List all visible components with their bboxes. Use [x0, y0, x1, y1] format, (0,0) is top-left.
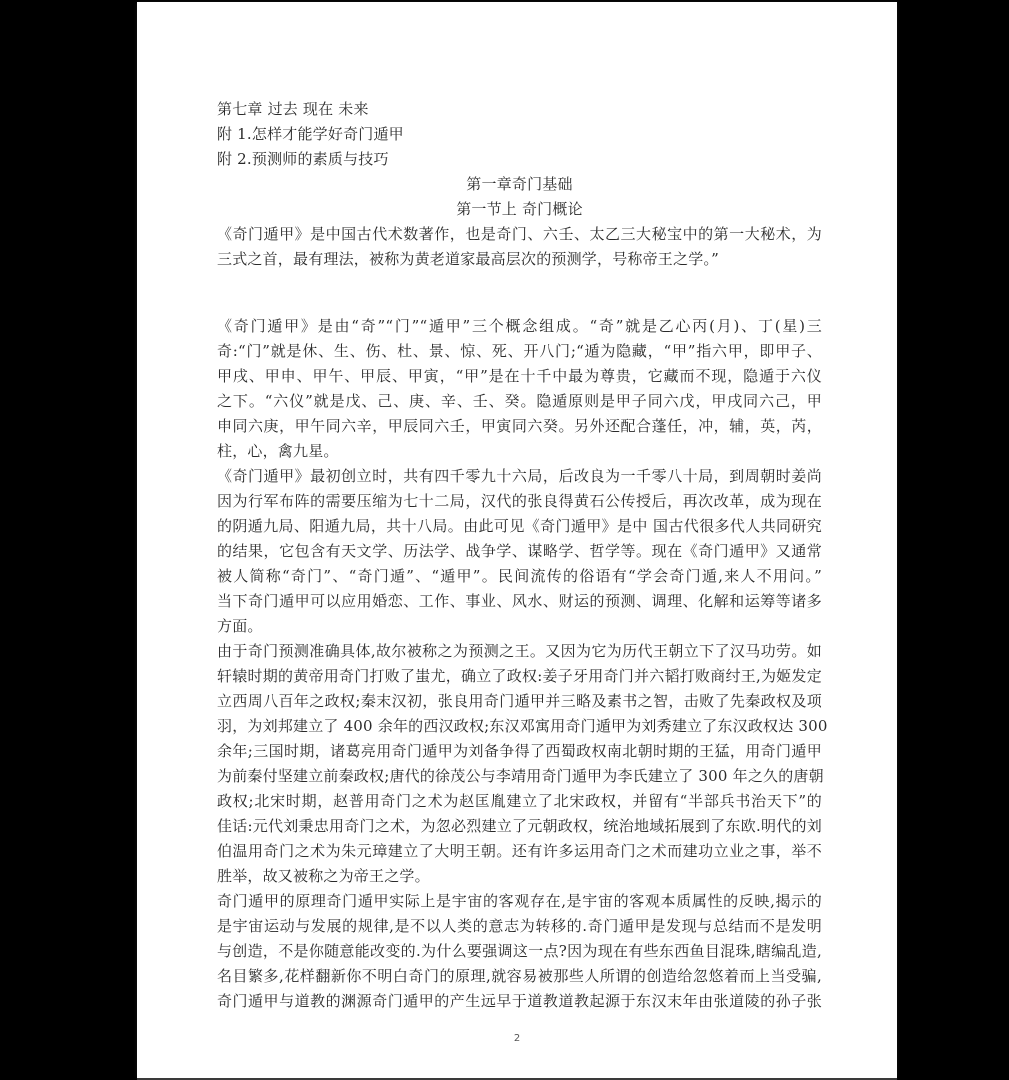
text-line: 《奇门遁甲》最初创立时，共有四千零九十六局，后改良为一千零八十局，到周朝时姜尚: [217, 464, 822, 489]
text-line: 奇门遁甲的原理奇门遁甲实际上是宇宙的客观存在,是宇宙的客观本质属性的反映,揭示的: [217, 889, 822, 914]
section-title: 第一节上 奇门概论: [217, 197, 822, 222]
paragraph-2: 《奇门遁甲》是由“奇”“门”“遁甲”三个概念组成。“奇”就是乙心丙(月)、丁(星…: [217, 314, 822, 464]
text-line: 之下。“六仪”就是戊、己、庚、辛、壬、癸。隐遁原则是甲子同六戊，甲戌同六己，甲: [217, 389, 822, 414]
document-viewer: 第七章 过去 现在 未来 附 1.怎样才能学好奇门遁甲 附 2.预测师的素质与技…: [0, 0, 1009, 1080]
text-line: 立西周八百年之政权;秦末汉初，张良用奇门遁甲并三略及素书之智，击败了先秦政权及项: [217, 689, 822, 714]
paragraph-1: 《奇门遁甲》是中国古代术数著作，也是奇门、六壬、太乙三大秘宝中的第一大秘术，为 …: [217, 222, 822, 272]
text-line: 《奇门遁甲》是由“奇”“门”“遁甲”三个概念组成。“奇”就是乙心丙(月)、丁(星…: [217, 314, 822, 339]
text-line: 伯温用奇门之术为朱元璋建立了大明王朝。还有许多运用奇门之术而建功立业之事，举不: [217, 839, 822, 864]
text-line: 因为行军布阵的需要压缩为七十二局，汉代的张良得黄石公传授后，再次改革，成为现在: [217, 489, 822, 514]
blank-line: [217, 272, 822, 297]
text-line: 当下奇门遁甲可以应用婚恋、工作、事业、风水、财运的预测、调理、化解和运筹等诸多: [217, 589, 822, 614]
text-line: 与创造，不是你随意能改变的.为什么要强调这一点?因为现在有些东西鱼目混珠,瞎编乱…: [217, 939, 822, 964]
text-line: 三式之首，最有理法，被称为黄老道家最高层次的预测学，号称帝王之学。”: [217, 247, 822, 272]
toc-line: 第七章 过去 现在 未来: [217, 97, 822, 122]
text-line: 是宇宙运动与发展的规律,是不以人类的意志为转移的.奇门遁甲是发现与总结而不是发明: [217, 914, 822, 939]
text-line: 甲戌、甲申、甲午、甲辰、甲寅，“甲”是在十千中最为尊贵，它藏而不现，隐遁于六仪: [217, 364, 822, 389]
paragraph-5: 奇门遁甲的原理奇门遁甲实际上是宇宙的客观存在,是宇宙的客观本质属性的反映,揭示的…: [217, 889, 822, 1014]
paragraph-4: 由于奇门预测准确具体,故尔被称之为预测之王。又因为它为历代王朝立下了汉马功劳。如…: [217, 639, 822, 889]
text-line: 申同六庚，甲午同六辛，甲辰同六壬，甲寅同六癸。另外还配合蓬任，冲，辅，英，芮，: [217, 414, 822, 439]
text-line: 柱，心，禽九星。: [217, 439, 822, 464]
paragraph-3: 《奇门遁甲》最初创立时，共有四千零九十六局，后改良为一千零八十局，到周朝时姜尚 …: [217, 464, 822, 639]
text-line: 胜举，故又被称之为帝王之学。: [217, 864, 822, 889]
text-line: 奇:“门”就是休、生、伤、杜、景、惊、死、开八门;“遁为隐藏，“甲”指六甲，即甲…: [217, 339, 822, 364]
document-page: 第七章 过去 现在 未来 附 1.怎样才能学好奇门遁甲 附 2.预测师的素质与技…: [137, 2, 897, 1078]
text-line: 被人简称“奇门”、“奇门遁”、“遁甲”。民间流传的俗语有“学会奇门遁,来人不用问…: [217, 564, 822, 589]
text-line: 名目繁多,花样翻新你不明白奇门的原理,就容易被那些人所谓的创造给忽悠着而上当受骗…: [217, 964, 822, 989]
text-line: 政权;北宋时期，赵普用奇门之术为赵匡胤建立了北宋政权，并留有“半部兵书治天下”的: [217, 789, 822, 814]
text-line: 的结果，它包含有天文学、历法学、战争学、谋略学、哲学等。现在《奇门遁甲》又通常: [217, 539, 822, 564]
text-line: 佳话:元代刘秉忠用奇门之术，为忽必烈建立了元朝政权，统治地域拓展到了东欧.明代的…: [217, 814, 822, 839]
text-line: 轩辕时期的黄帝用奇门打败了蚩尤，确立了政权:姜子牙用奇门并六韬打败商纣王,为姬发…: [217, 664, 822, 689]
text-line: 余年;三国时期，诸葛亮用奇门遁甲为刘备争得了西蜀政权南北朝时期的王猛，用奇门遁甲: [217, 739, 822, 764]
chapter-title: 第一章奇门基础: [217, 172, 822, 197]
blank-line: [217, 297, 822, 314]
page-number: 2: [137, 1033, 897, 1044]
text-line: 方面。: [217, 614, 822, 639]
text-line: 为前秦付坚建立前秦政权;唐代的徐茂公与李靖用奇门遁甲为李氏建立了 300 年之久…: [217, 764, 822, 789]
text-line: 羽，为刘邦建立了 400 余年的西汉政权;东汉邓寓用奇门遁甲为刘秀建立了东汉政权…: [217, 714, 822, 739]
text-line: 的阴遁九局、阳遁九局，共十八局。由此可见《奇门遁甲》是中 国古代很多代人共同研究: [217, 514, 822, 539]
text-line: 《奇门遁甲》是中国古代术数著作，也是奇门、六壬、太乙三大秘宝中的第一大秘术，为: [217, 222, 822, 247]
text-line: 由于奇门预测准确具体,故尔被称之为预测之王。又因为它为历代王朝立下了汉马功劳。如: [217, 639, 822, 664]
toc-line: 附 1.怎样才能学好奇门遁甲: [217, 122, 822, 147]
toc-line: 附 2.预测师的素质与技巧: [217, 147, 822, 172]
page-content: 第七章 过去 现在 未来 附 1.怎样才能学好奇门遁甲 附 2.预测师的素质与技…: [217, 97, 822, 1014]
text-line: 奇门遁甲与道教的渊源奇门遁甲的产生远早于道教道教起源于东汉末年由张道陵的孙子张: [217, 989, 822, 1014]
